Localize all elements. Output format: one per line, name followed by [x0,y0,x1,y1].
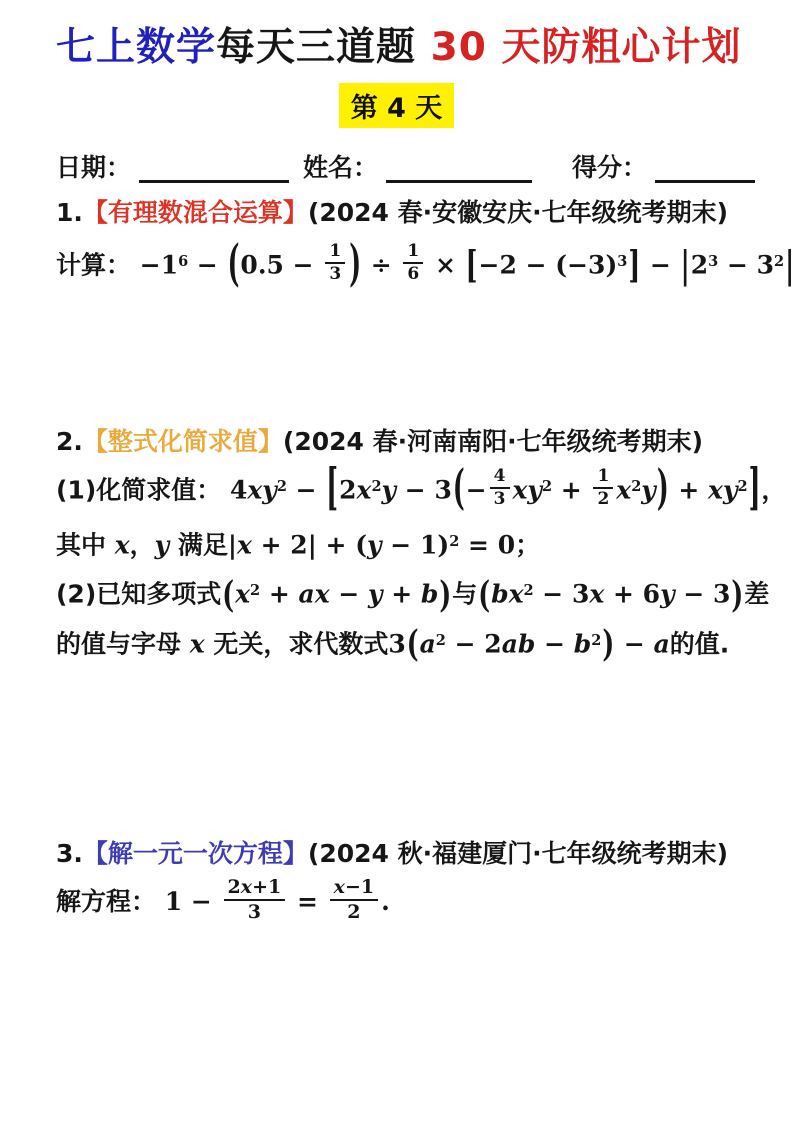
date-label: 日期： [56,153,131,182]
math-run: + [552,475,590,504]
math-variable: x [509,579,524,608]
math-run: 2 [250,582,260,599]
stretchy-delimiter: ( [477,561,491,626]
math-variable: x [334,876,345,898]
title-part-black: 每天三道题 [216,25,431,70]
problem-2-line-1: (1)化简求值： 4xy2 − [2x2y − 3(−43xy2 + 12x2y… [56,459,737,520]
stretchy-delimiter: | [680,220,691,310]
math-variable: y [155,531,170,560]
math-run: − 3 [718,250,774,279]
math-run: = [288,887,326,916]
stretchy-delimiter: ) [348,204,362,324]
math-variable: x [708,475,723,504]
math-variable: y [660,579,675,608]
math-run: x [190,629,205,658]
math-variable: b [421,579,438,608]
superscript: 2 [774,232,784,292]
stretchy-delimiter: ( [452,436,466,542]
math-variable: x [115,531,130,560]
math-run: 2 [542,478,552,495]
problem-1-number: 1. [56,198,83,227]
title-part-red: 30 天防粗心计划 [431,25,742,70]
math-variable: x [315,579,330,608]
math-run: 2 [347,901,360,923]
stretchy-delimiter: ) [656,436,670,542]
math-variable: a [654,629,670,658]
math-variable: b [518,629,535,658]
denominator: 3 [490,489,510,510]
problem-2-header: 2.【整式化简求值】(2024 春·河南南阳·七年级统考期末) [56,425,737,459]
problem-2-topic-tag: 【整式化简求值】 [83,427,283,456]
fraction: 2x+13 [224,877,286,925]
math-run: 3 [708,253,718,270]
math-variable: x [357,475,372,504]
math-variable: x [247,475,262,504]
math-variable: y [382,475,397,504]
math-run: 3 [248,901,261,923]
denominator: 6 [403,264,423,285]
math-variable: y [641,475,656,504]
math-variable: x [235,579,250,608]
math-run: 2 [597,489,609,509]
math-run: − 2ab − b [446,629,591,658]
date-blank-line [139,154,289,183]
worksheet-page: 七上数学每天三道题 30 天防粗心计划 第 4 天 日期：姓名：得分： 1.【有… [0,0,793,1122]
math-run: bx [491,579,523,608]
stretchy-delimiter: ) [730,561,744,626]
math-run: 0.5 − [240,250,322,279]
fraction: 43 [490,467,510,510]
math-run: 6 [178,253,188,270]
problem-3-topic-tag: 【解一元一次方程】 [83,839,308,868]
math-run: 3 [494,489,506,509]
problem-1: 1.【有理数混合运算】(2024 春·安徽安庆·七年级统考期末) 计算： −16… [56,196,737,297]
math-variable: a [420,629,436,658]
text-run: 的值. [670,629,730,658]
stretchy-delimiter: ] [627,220,641,310]
math-run: −2 − (−3) [479,250,618,279]
math-run: 2 [591,632,601,649]
numerator: x−1 [330,877,378,902]
denominator: 3 [325,264,345,285]
math-run: 2 [774,253,784,270]
numerator: 1 [325,242,345,265]
problem-2-line-3: (2)已知多项式(x2 + ax − y + b)与(bx2 − 3x + 6y… [56,568,737,618]
math-run: 4xy [221,475,277,504]
math-run: − a [615,629,670,658]
text-run: (1)化简求值： [56,475,221,504]
math-variable: y [367,531,382,560]
denominator: 2 [593,489,613,510]
stretchy-delimiter: ) [438,561,452,626]
text-run: 满足 [169,531,228,560]
superscript: 2 [591,618,601,663]
math-run: × [426,250,464,279]
math-run: y [155,531,170,560]
name-blank-line [386,154,532,183]
math-run: − [287,475,325,504]
math-run: ÷ [362,250,400,279]
fraction: 16 [403,242,423,285]
math-run: −1 [131,250,178,279]
superscript: 6 [178,232,188,292]
math-run: xy [513,475,542,504]
stretchy-delimiter: | [784,220,793,310]
stretchy-delimiter: ( [406,611,420,676]
text-run: 差 [744,579,769,608]
math-run: 1 [329,241,341,261]
numerator: 1 [593,467,613,490]
title-part-blue: 七上数学 [56,25,216,70]
math-run: 1 [407,241,419,261]
denominator: 3 [244,901,265,924]
stretchy-delimiter: ) [601,611,615,676]
math-run: x [616,475,631,504]
math-run: x [235,579,250,608]
math-variable: b [574,629,591,658]
superscript: 3 [708,232,718,292]
problem-3-source: (2024 秋·福建厦门·七年级统考期末) [308,839,728,868]
superscript: 2 [277,459,287,515]
math-run: = 0 [459,531,515,560]
math-variable: y [723,475,738,504]
math-variable: x [237,531,252,560]
math-run: 2 [737,478,747,495]
math-run: − [188,250,226,279]
text-run: 计算： [56,250,131,279]
text-run: 与 [452,579,477,608]
problem-2-line-4: 的值与字母 x 无关，求代数式3(a2 − 2ab − b2) − a的值. [56,618,737,668]
math-variable: y [368,579,383,608]
score-blank-line [655,154,755,183]
math-run: − [466,475,487,504]
denominator: 2 [343,901,364,924]
superscript: 2 [250,568,260,613]
superscript: 2 [737,459,747,515]
problem-1-topic-tag: 【有理数混合运算】 [83,198,308,227]
math-run: 2 [436,632,446,649]
numerator: 1 [403,242,423,265]
math-run: + ax − y + b [260,579,438,608]
math-variable: x [589,579,604,608]
math-run: 3 [329,264,341,284]
math-variable: x [190,629,205,658]
math-run: 2x [339,475,371,504]
superscript: 2 [542,459,552,515]
fraction: 13 [325,242,345,285]
problem-3-number: 3. [56,839,83,868]
math-run: 2 [371,478,381,495]
stretchy-delimiter: ( [227,204,241,324]
superscript: 2 [523,568,533,613]
math-run: 3 [617,253,627,270]
superscript: 2 [631,459,641,515]
math-run: 6 [407,264,419,284]
math-run: 4 [494,466,506,486]
math-variable: x [513,475,528,504]
math-run: 2 [523,582,533,599]
math-variable: y [527,475,542,504]
problem-2-source: (2024 春·河南南阳·七年级统考期末) [283,427,703,456]
math-run: . [381,887,390,916]
math-run: − [641,250,679,279]
math-run: x [115,531,130,560]
numerator: 4 [490,467,510,490]
math-run: 1 [597,466,609,486]
math-run: a [420,629,436,658]
day-badge: 第 4 天 [339,83,455,128]
math-run: 2x+1 [228,876,282,898]
math-run: y − 3 [382,475,452,504]
stretchy-delimiter: ( [221,561,235,626]
math-run: 2 [277,478,287,495]
math-run: 2 [631,478,641,495]
problem-3-header: 3.【解一元一次方程】(2024 秋·福建厦门·七年级统考期末) [56,837,737,871]
math-run: 1 − [156,887,221,916]
problem-1-source: (2024 春·安徽安庆·七年级统考期末) [308,198,728,227]
name-label: 姓名： [303,153,378,182]
text-run: 其中 [56,531,115,560]
stretchy-delimiter: ] [748,433,762,545]
math-variable: a [298,579,314,608]
problem-2: 2.【整式化简求值】(2024 春·河南南阳·七年级统考期末) (1)化简求值：… [56,425,737,668]
text-run: ， [761,475,786,504]
math-variable: b [491,579,508,608]
math-run: 2 [691,250,708,279]
problem-1-expression: 计算： −16 − (0.5 − 13) ÷ 16 × [−2 − (−3)3]… [56,232,737,297]
math-run: y [641,475,656,504]
text-run: ， [130,531,155,560]
text-run: (2)已知多项式 [56,579,221,608]
problem-3-equation: 解方程： 1 − 2x+13 = x−12. [56,871,737,933]
fraction: 12 [593,467,613,510]
superscript: 2 [371,459,381,515]
math-variable: y [262,475,277,504]
superscript: 3 [617,232,627,292]
score-label: 得分： [572,153,647,182]
math-variable: x [241,876,252,898]
fraction: x−12 [330,877,378,925]
text-run: 的值与字母 [56,629,190,658]
math-variable: a [502,629,518,658]
text-run: 无关，求代数式 [205,629,389,658]
math-run: 3 [388,629,405,658]
math-run: x−1 [334,876,374,898]
problem-2-line-2: 其中 x，y 满足|x + 2| + (y − 1)2 = 0； [56,519,737,568]
numerator: 2x+1 [224,877,286,902]
info-row: 日期：姓名：得分： [56,148,737,184]
math-run: − 3x + 6y − 3 [534,579,731,608]
text-run: 解方程： [56,887,156,916]
math-run: + xy [670,475,738,504]
problem-3: 3.【解一元一次方程】(2024 秋·福建厦门·七年级统考期末) 解方程： 1 … [56,837,737,933]
stretchy-delimiter: [ [325,433,339,545]
stretchy-delimiter: [ [465,220,479,310]
problem-2-number: 2. [56,427,83,456]
page-title: 七上数学每天三道题 30 天防粗心计划 [56,24,737,73]
day-row: 第 4 天 [56,83,737,128]
text-run: ； [515,531,540,560]
math-variable: x [616,475,631,504]
